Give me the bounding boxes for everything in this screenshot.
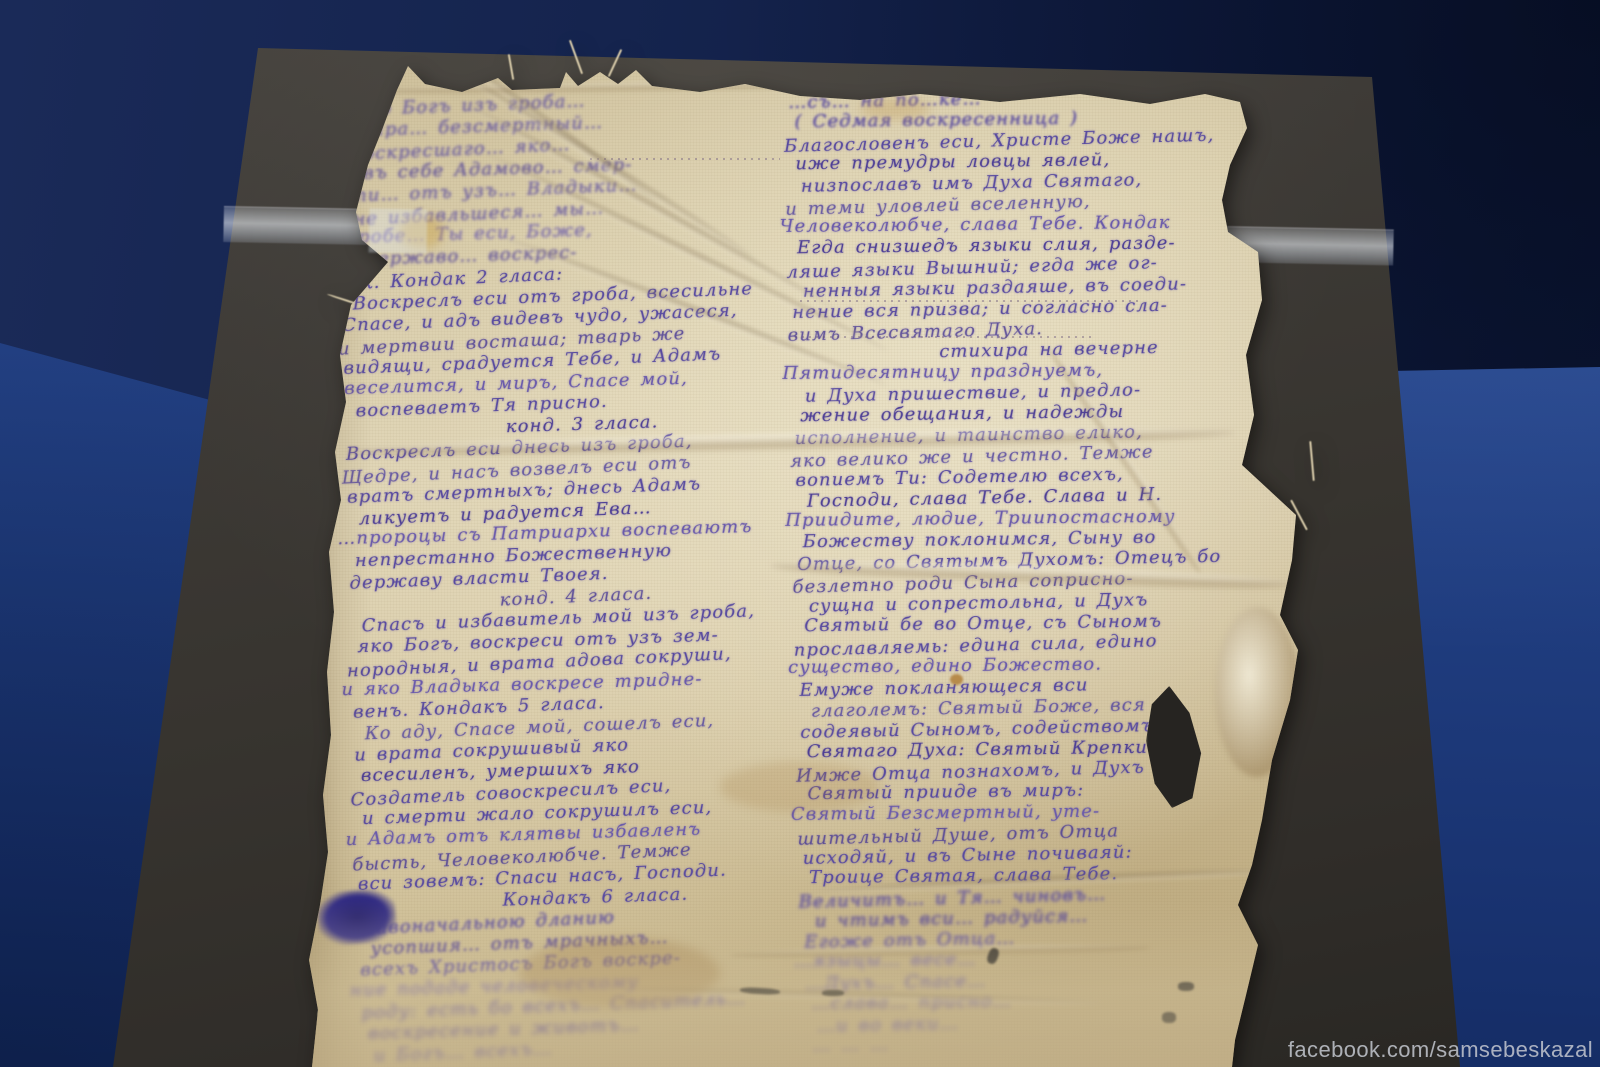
stitch-holes-line: [795, 336, 1095, 338]
bottom-focus-haze: [300, 900, 1310, 1067]
cloth-fold: [1215, 607, 1300, 777]
mounting-strip-overlap: [369, 208, 428, 253]
cloth-stain: [950, 674, 963, 685]
watermark: facebook.com/samsebeskazal: [1288, 1037, 1593, 1063]
stitch-holes-line: [590, 158, 780, 160]
museum-photo-scene: …яко Богъ изъ гроба……мiра… безсмертный………: [0, 0, 1600, 1067]
cloth-stain: [860, 98, 930, 120]
cloth-document: …яко Богъ изъ гроба……мiра… безсмертный………: [300, 62, 1310, 1067]
cloth-stain: [720, 762, 880, 812]
cloth-fabric: …яко Богъ изъ гроба……мiра… безсмертный………: [300, 62, 1310, 1067]
stitch-holes-line: [800, 300, 1140, 302]
